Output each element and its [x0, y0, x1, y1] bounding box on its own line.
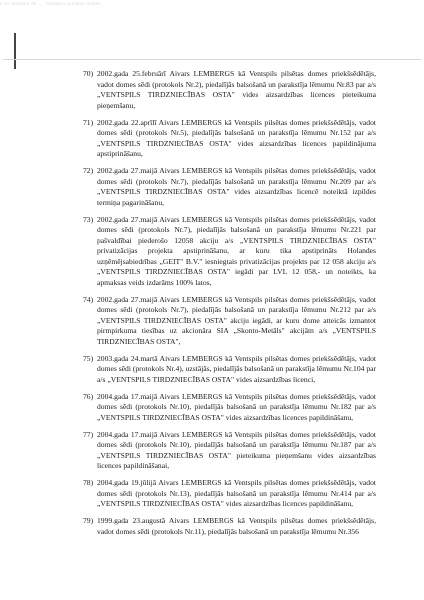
- item-text: 2004.gada 19.jūlijā Aivars LEMBERGS kā V…: [97, 478, 376, 510]
- item-text: 1999.gada 23.augustā Aivars LEMBERGS kā …: [97, 516, 376, 537]
- scan-line: [3, 59, 421, 60]
- item-text: 2004.gada 17.maijā Aivars LEMBERGS kā Ve…: [97, 430, 376, 472]
- list-item: 78) 2004.gada 19.jūlijā Aivars LEMBERGS …: [70, 478, 376, 510]
- item-number: 78): [83, 478, 97, 489]
- item-number: 76): [83, 392, 97, 403]
- item-number: 73): [83, 215, 97, 226]
- item-number: 72): [83, 166, 97, 177]
- list-item: 70) 2002.gada 25.februārī Aivars LEMBERG…: [70, 69, 376, 111]
- item-text: 2003.gada 24.martā Aivars LEMBERGS kā Ve…: [97, 354, 376, 386]
- item-text: 2002.gada 27.maijā Aivars LEMBERGS kā Ve…: [97, 295, 376, 348]
- item-number: 74): [83, 295, 97, 306]
- list-item: 77) 2004.gada 17.maijā Aivars LEMBERGS k…: [70, 430, 376, 472]
- item-text: 2002.gada 27.maijā Aivars LEMBERGS kā Ve…: [97, 166, 376, 208]
- list-item: 79) 1999.gada 23.augustā Aivars LEMBERGS…: [70, 516, 376, 537]
- list-item: 71) 2002.gada 22.aprīlī Aivars LEMBERGS …: [70, 118, 376, 160]
- list-item: 76) 2004.gada 17.maijā Aivars LEMBERGS k…: [70, 392, 376, 424]
- list-item: 75) 2003.gada 24.martā Aivars LEMBERGS k…: [70, 354, 376, 386]
- item-number: 75): [83, 354, 97, 365]
- item-text: 2002.gada 22.aprīlī Aivars LEMBERGS kā V…: [97, 118, 376, 160]
- document-page: 70) 2002.gada 25.februārī Aivars LEMBERG…: [70, 69, 376, 544]
- item-number: 70): [83, 69, 97, 80]
- bleed-through-text: ū ku lemumu Nr ... Ventspils pilsētas do…: [0, 2, 424, 8]
- item-text: 2002.gada 25.februārī Aivars LEMBERGS kā…: [97, 69, 376, 111]
- item-text: 2002.gada 27.maijā Aivars LEMBERGS kā Ve…: [97, 215, 376, 289]
- list-item: 72) 2002.gada 27.maijā Aivars LEMBERGS k…: [70, 166, 376, 208]
- item-number: 71): [83, 118, 97, 129]
- item-number: 77): [83, 430, 97, 441]
- item-text: 2004.gada 17.maijā Aivars LEMBERGS kā Ve…: [97, 392, 376, 424]
- list-item: 73) 2002.gada 27.maijā Aivars LEMBERGS k…: [70, 215, 376, 289]
- item-number: 79): [83, 516, 97, 527]
- margin-mark: [14, 33, 16, 69]
- list-item: 74) 2002.gada 27.maijā Aivars LEMBERGS k…: [70, 295, 376, 348]
